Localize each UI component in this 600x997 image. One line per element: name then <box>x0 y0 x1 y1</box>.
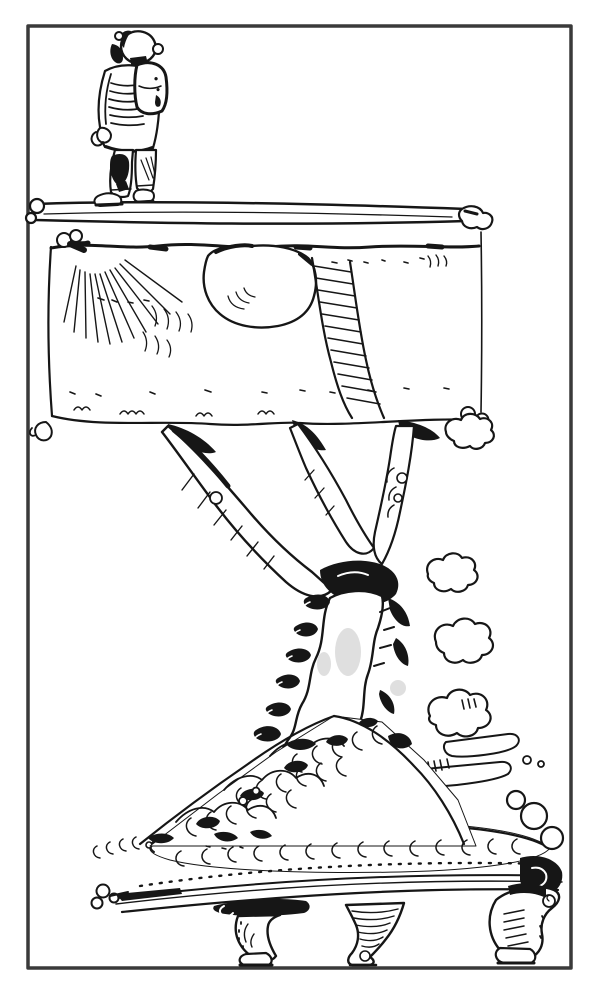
float-blob-1 <box>239 797 247 805</box>
illustration-canvas <box>0 0 600 997</box>
ear-blob <box>153 44 163 54</box>
float-dot-2 <box>538 761 544 767</box>
branch-right-knuckle <box>397 473 407 483</box>
right-knob-1 <box>521 803 547 829</box>
slab-left-knob <box>30 199 44 213</box>
slab-left-knob-2 <box>26 213 36 223</box>
bone-knob-1 <box>97 885 110 898</box>
block-bottom-curl <box>35 422 52 440</box>
ink-smudge <box>335 628 361 676</box>
right-knob-3 <box>507 791 525 809</box>
bone-knob-2 <box>92 898 103 909</box>
branch-knuckle <box>210 492 222 504</box>
right-knob-2 <box>541 827 563 849</box>
left-leg-foot <box>240 953 272 965</box>
right-leg-foot <box>496 948 535 963</box>
middle-foot-scroll <box>360 951 370 961</box>
right-boot-sole <box>136 201 153 202</box>
erosion-hole <box>204 245 316 327</box>
cap-knob <box>115 32 123 40</box>
float-blob-2 <box>253 788 260 795</box>
block-corner-knob-2 <box>70 230 82 242</box>
block-right-edge <box>481 232 482 412</box>
branch-right-knuckle-2 <box>394 494 402 502</box>
artwork-page <box>0 0 600 997</box>
left-boot-sole <box>96 204 122 205</box>
hand <box>97 128 111 143</box>
ink-smudge-3 <box>390 680 406 696</box>
float-dot <box>523 756 531 764</box>
ink-smudge-2 <box>317 652 331 676</box>
